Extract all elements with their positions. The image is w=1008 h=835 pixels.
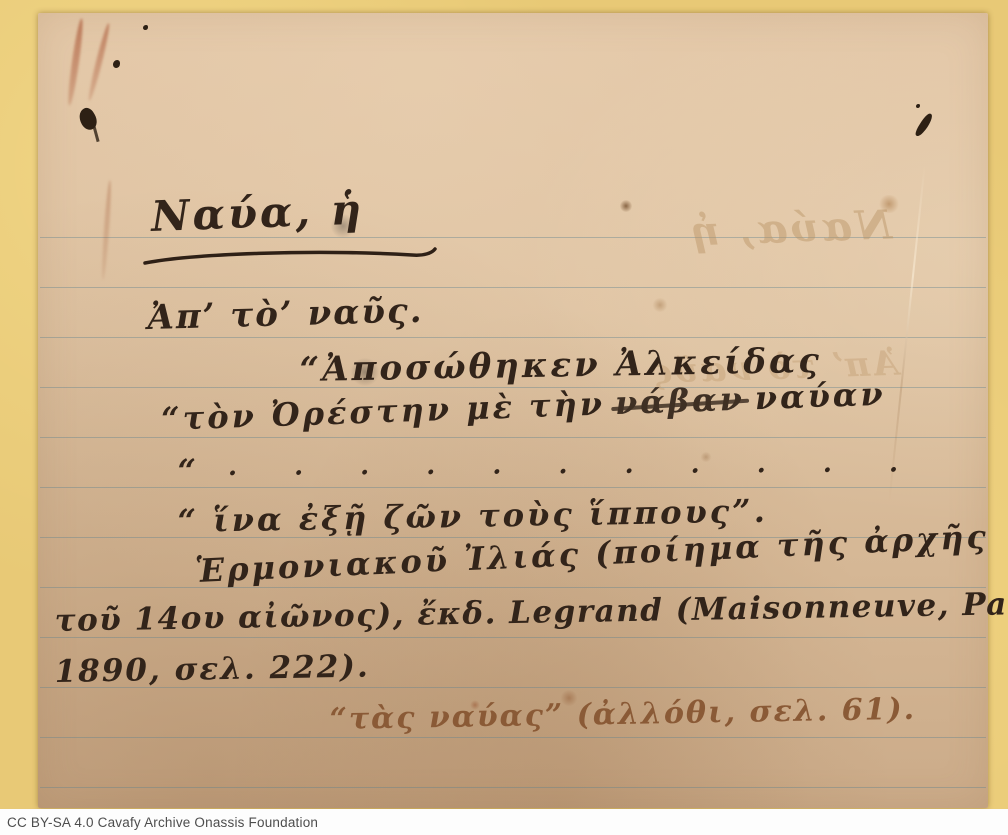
ellipsis-dots: . . . . . . . . . . .: [228, 448, 922, 482]
ghost-text: Ναύα, ἡ: [687, 201, 892, 255]
attribution-bar: CC BY-SA 4.0 Cavafy Archive Onassis Foun…: [0, 809, 1008, 835]
stain: [620, 200, 632, 212]
handwriting-line: 1890, σελ. 222).: [54, 649, 370, 690]
stain: [878, 195, 900, 213]
quote-mark: “: [177, 452, 196, 490]
line-text: ναύαν: [754, 375, 886, 418]
title-underline: [142, 246, 442, 270]
handwriting-line: Ἀπ’ τὸ’ ναῦς.: [147, 291, 424, 338]
manuscript-title: Ναύα, ἡ: [150, 185, 365, 241]
stain: [652, 298, 668, 312]
attribution-text: CC BY-SA 4.0 Cavafy Archive Onassis Foun…: [7, 815, 318, 830]
strikethrough-word: νάβαν: [614, 380, 745, 423]
scan-background: Ναύα, ἡ Ἀπ’ τὸ ναῦς Ναύα, ἡ Ἀπ’ τὸ’ ναῦς…: [0, 0, 1008, 835]
